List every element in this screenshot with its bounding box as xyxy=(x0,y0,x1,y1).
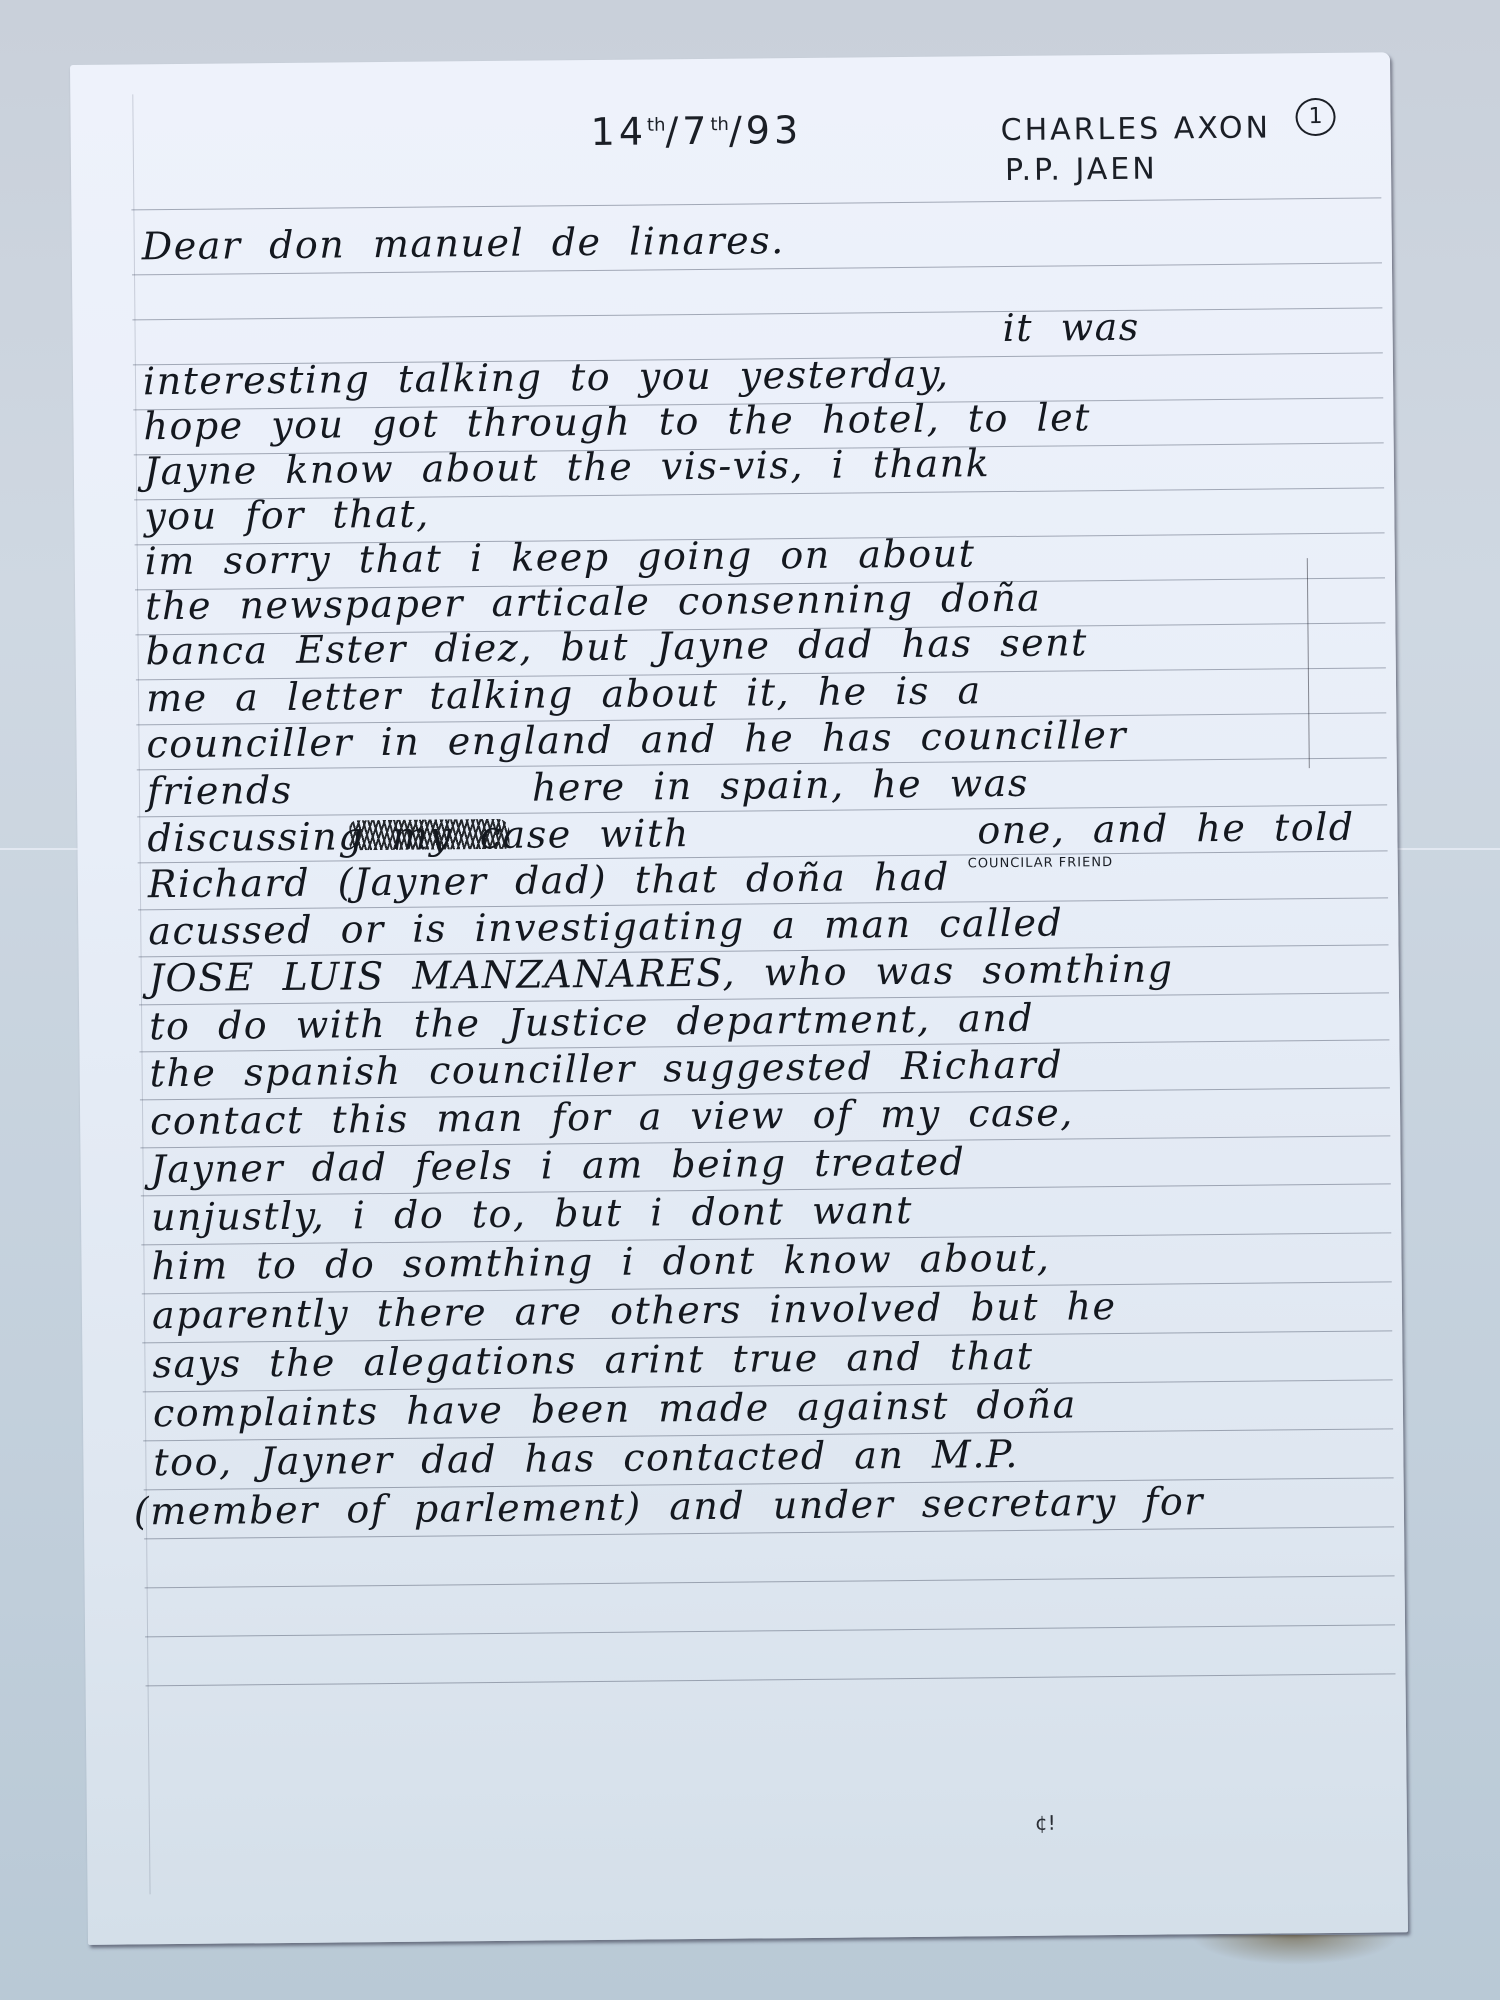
body-line: unjustly, i do to, but i dont want xyxy=(151,1183,1391,1239)
body-line: here in spain, he was xyxy=(532,761,1029,810)
ruled-line xyxy=(145,1624,1395,1637)
ruled-line xyxy=(146,1673,1396,1686)
body-line: him to do somthing i dont know about, xyxy=(151,1232,1391,1288)
body-line: the spanish counciller suggested Richard xyxy=(149,1039,1389,1095)
ruled-line xyxy=(131,197,1381,210)
body-line: says the alegations arint true and that xyxy=(152,1330,1392,1386)
sheet-corner-shadow xyxy=(1190,1935,1400,1965)
date-month: 7 xyxy=(682,109,711,153)
body-line: counciller in england and he has council… xyxy=(146,710,1386,766)
ruled-line xyxy=(145,1575,1395,1588)
body-line: (member of parlement) and under secretar… xyxy=(134,1478,1374,1534)
date-month-suffix: th xyxy=(710,114,729,135)
body-line: Jayner dad feels i am being treated xyxy=(150,1135,1390,1191)
letter-sheet: 14th/7th/93 CHARLES AXON P.P. JAEN 1 Dea… xyxy=(70,52,1408,1945)
ruled-line xyxy=(132,307,1382,320)
sender-block: CHARLES AXON P.P. JAEN xyxy=(1000,108,1271,191)
date-day-suffix: th xyxy=(647,115,666,136)
salutation: Dear don manuel de linares. xyxy=(142,212,1382,268)
page-number-circle: 1 xyxy=(1295,98,1335,136)
body-line: too, Jayner dad has contacted an M.P. xyxy=(153,1428,1393,1484)
sender-name: CHARLES AXON xyxy=(1000,108,1271,151)
body-line: acussed or is investigating a man called xyxy=(148,897,1388,953)
body-line: friends xyxy=(147,768,293,813)
body-line: contact this man for a view of my case, xyxy=(150,1087,1390,1143)
stray-ink-mark: ¢! xyxy=(1035,1811,1056,1835)
letter-date: 14th/7th/93 xyxy=(590,108,802,154)
body-line: JOSE LUIS MANZANARES, who was somthing xyxy=(149,944,1389,1000)
date-day: 14 xyxy=(590,109,647,154)
body-line: aparently there are others involved but … xyxy=(152,1281,1392,1337)
body-line: discussing my case with xyxy=(147,811,690,860)
sender-location: P.P. JAEN xyxy=(1001,148,1272,191)
body-line: complaints have been made against doña xyxy=(153,1379,1393,1435)
body-line: one, and he told xyxy=(977,805,1355,853)
date-year: 93 xyxy=(746,108,803,153)
body-line: to do with the Justice department, and xyxy=(149,992,1389,1048)
body-line: Richard (Jayner dad) that doña had xyxy=(148,850,1388,906)
body-line: it was xyxy=(1002,305,1140,350)
